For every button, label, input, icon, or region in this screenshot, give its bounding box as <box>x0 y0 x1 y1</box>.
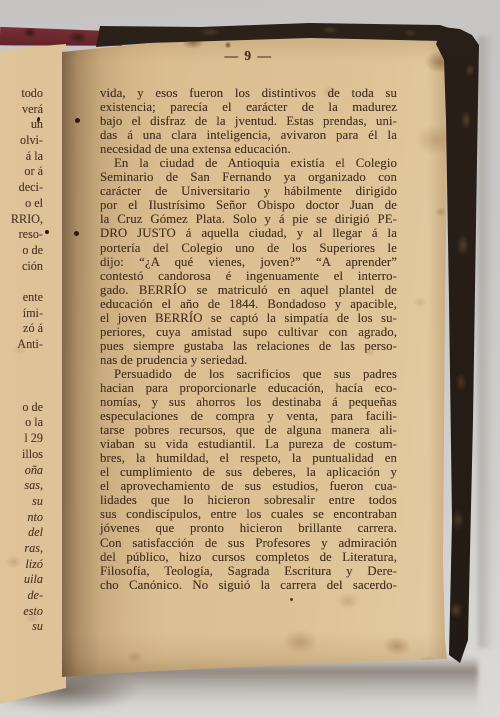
text-line: pues siempre gustaba las relaciones de l… <box>100 339 397 353</box>
left-page-text-line: ras, <box>0 541 43 557</box>
text-line: sus condiscípulos, entre los cuales se e… <box>100 507 397 521</box>
text-line: bres, la humildad, el respeto, la puntua… <box>100 451 397 465</box>
text-line: educación el año de 1844. Bondadoso y ap… <box>100 297 397 311</box>
text-line: el aprovechamiento de sus estudios, fuer… <box>100 479 397 493</box>
text-line: necesidad de una extensa educación. <box>100 142 397 156</box>
sewing-hole-dot <box>74 231 79 236</box>
left-page-text-line: o la <box>0 415 43 431</box>
sewing-hole-dot <box>75 118 80 123</box>
text-line: dijo: “¿A qué vienes, joven?” “A aprende… <box>100 255 397 269</box>
text-line: Filosofía, Teología, Sagrada Escritura y… <box>100 564 397 578</box>
left-page-text-line: esto <box>0 604 43 620</box>
left-page-text-line: o de <box>0 243 43 259</box>
text-line: DRO JUSTO á aquella ciudad, y al llegar … <box>100 226 397 240</box>
left-page-text-line: zó á <box>0 321 43 337</box>
ink-speck <box>249 105 252 108</box>
left-page-text-line: del <box>0 525 43 541</box>
text-line: vida, y esos fueron los distintivos de t… <box>100 86 397 100</box>
text-line: En la ciudad de Antioquia existía el Col… <box>100 156 397 170</box>
left-page-text-line: de- <box>0 588 43 604</box>
text-line: carácter de Universitario y hábilmente d… <box>100 184 397 198</box>
left-page-text-line: á la <box>0 149 43 165</box>
left-page-text-line: su <box>0 494 43 510</box>
left-page-text-fragments: todoveráunolvi-á laor ádeci-o elRRIO,res… <box>0 86 43 635</box>
left-page-text-line: oña <box>0 463 43 479</box>
left-page-text-line: ími- <box>0 306 43 322</box>
left-page-text-line: ente <box>0 290 43 306</box>
left-page-text-line <box>0 384 43 400</box>
text-line: la Cruz Gómez Plata. Solo y á pie se dir… <box>100 212 397 226</box>
page-number: — 9 — <box>100 48 397 65</box>
text-line: especulaciones de compra y venta, para f… <box>100 409 397 423</box>
text-line: jóvenes que pronto hicieron brillante ca… <box>100 521 397 535</box>
text-line: por el Ilustrísimo Señor Obispo doctor J… <box>100 198 397 212</box>
left-page-text-line: olvi- <box>0 133 43 149</box>
left-page-text-line: verá <box>0 102 43 118</box>
text-line: Persuadido de los sacrificios que sus pa… <box>100 367 397 381</box>
text-line: hacian para proporcionarle educación, ha… <box>100 381 397 395</box>
text-line: nas de prudencia y seriedad. <box>100 353 397 367</box>
left-page-text-line <box>0 353 43 369</box>
left-page-text-line: o el <box>0 196 43 212</box>
text-line: del público, hizo cursos completos de Li… <box>100 550 397 564</box>
page-text: vida, y esos fueron los distintivos de t… <box>100 86 397 592</box>
book-photo: todoveráunolvi-á laor ádeci-o elRRIO,res… <box>0 0 500 717</box>
left-page-text-line: todo <box>0 86 43 102</box>
text-line: Seminario de San Fernando ya organizado … <box>100 170 397 184</box>
ink-speck <box>290 598 293 601</box>
text-line: el joven BERRÍO se captó la simpatía de … <box>100 311 397 325</box>
left-page-text-line: su <box>0 619 43 635</box>
left-page-text-line: ción <box>0 259 43 275</box>
sewing-hole-dot <box>45 230 49 234</box>
left-page-text-line: or á <box>0 164 43 180</box>
cover-contact-shadow <box>478 36 494 648</box>
text-line: el cumplimiento de sus deberes, la aplic… <box>100 465 397 479</box>
left-page-text-line: lizó <box>0 557 43 573</box>
left-page-text-line: l 29 <box>0 431 43 447</box>
text-line: bajo el disfraz de la jventud. Estas pre… <box>100 114 397 128</box>
left-page-text-line: uila <box>0 572 43 588</box>
text-line: nomías, y sus ahorros los destinaba á pe… <box>100 395 397 409</box>
left-page-text-line: deci- <box>0 180 43 196</box>
left-page-text-line <box>0 274 43 290</box>
left-page-text-line: nto <box>0 510 43 526</box>
text-line: das á una clara inteligencia, avivaron p… <box>100 128 397 142</box>
text-line: Con satisfacción de sus Profesores y adm… <box>100 536 397 550</box>
text-line: gado. BERRÍO se matriculó en aquel plant… <box>100 283 397 297</box>
text-line: cho Canónico. No siguió la carrera del s… <box>100 578 397 592</box>
left-page-text-line: RRIO, <box>0 212 43 228</box>
text-line: contestó candorosa é ingenuamente el int… <box>100 269 397 283</box>
text-line: tarse pobres recursos, que de alguna man… <box>100 423 397 437</box>
left-page-text-line: sas, <box>0 478 43 494</box>
text-line: lidades que lo hicieron sobresalir entre… <box>100 493 397 507</box>
text-line: portería del Colegio uno de los Superior… <box>100 241 397 255</box>
text-line: viaban su vida estudiantil. La pureza de… <box>100 437 397 451</box>
left-page-text-line <box>0 368 43 384</box>
left-page-text-line: Anti- <box>0 337 43 353</box>
left-page-text-line: o de <box>0 400 43 416</box>
left-page-text-line: illos <box>0 447 43 463</box>
left-page-text-line: reso- <box>0 227 43 243</box>
text-line: periores, cuya amistad supo cultivar con… <box>100 325 397 339</box>
